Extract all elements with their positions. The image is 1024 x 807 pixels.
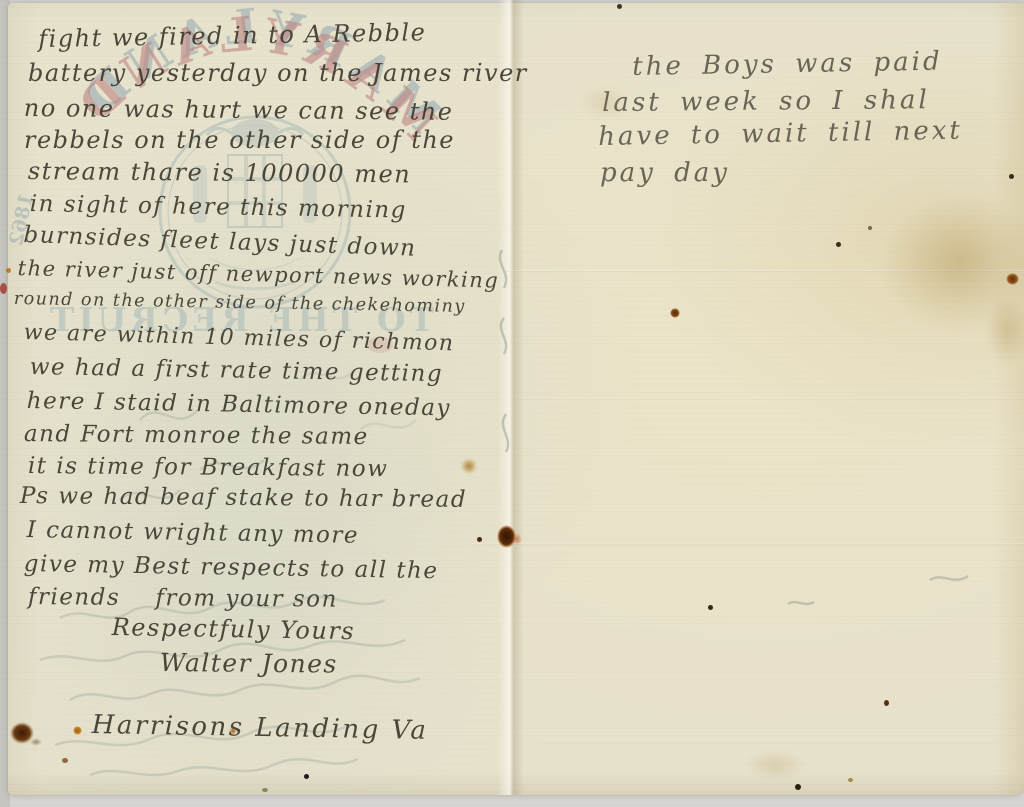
signature-line: Walter Jones (160, 648, 338, 679)
place-line: Harrisons Landing Va (91, 710, 428, 746)
handwriting-line: rebbels on the other side of the (24, 126, 455, 154)
handwriting-line: no one was hurt we can see the (24, 94, 454, 126)
fold-crease (505, 270, 1024, 272)
handwriting-line: Ps we had beaf stake to har bread (20, 483, 467, 513)
handwriting-line: stream thare is 100000 men (28, 157, 412, 188)
fold-crease (540, 742, 1020, 744)
letter-scan: MARYLAND MARYLAND TO THE RECRUIT 1862 (0, 0, 1024, 807)
fold-crease (470, 543, 1024, 545)
fold-crease (520, 398, 1024, 400)
handwriting-line: battery yesterday on the James river (28, 59, 528, 87)
handwriting-line: friends from your son (28, 584, 338, 613)
closing-line: Respectfuly Yours (112, 613, 356, 645)
handwriting-line: pay day (600, 158, 730, 188)
handwriting-line: it is time for Breakfast now (28, 453, 389, 482)
handwriting-line: last week so I shal (602, 85, 930, 118)
handwriting-line: the Boys was paid (632, 47, 943, 82)
handwriting-line: and Fort monroe the same (24, 421, 369, 450)
handwriting-line: have to wait till next (598, 116, 963, 152)
